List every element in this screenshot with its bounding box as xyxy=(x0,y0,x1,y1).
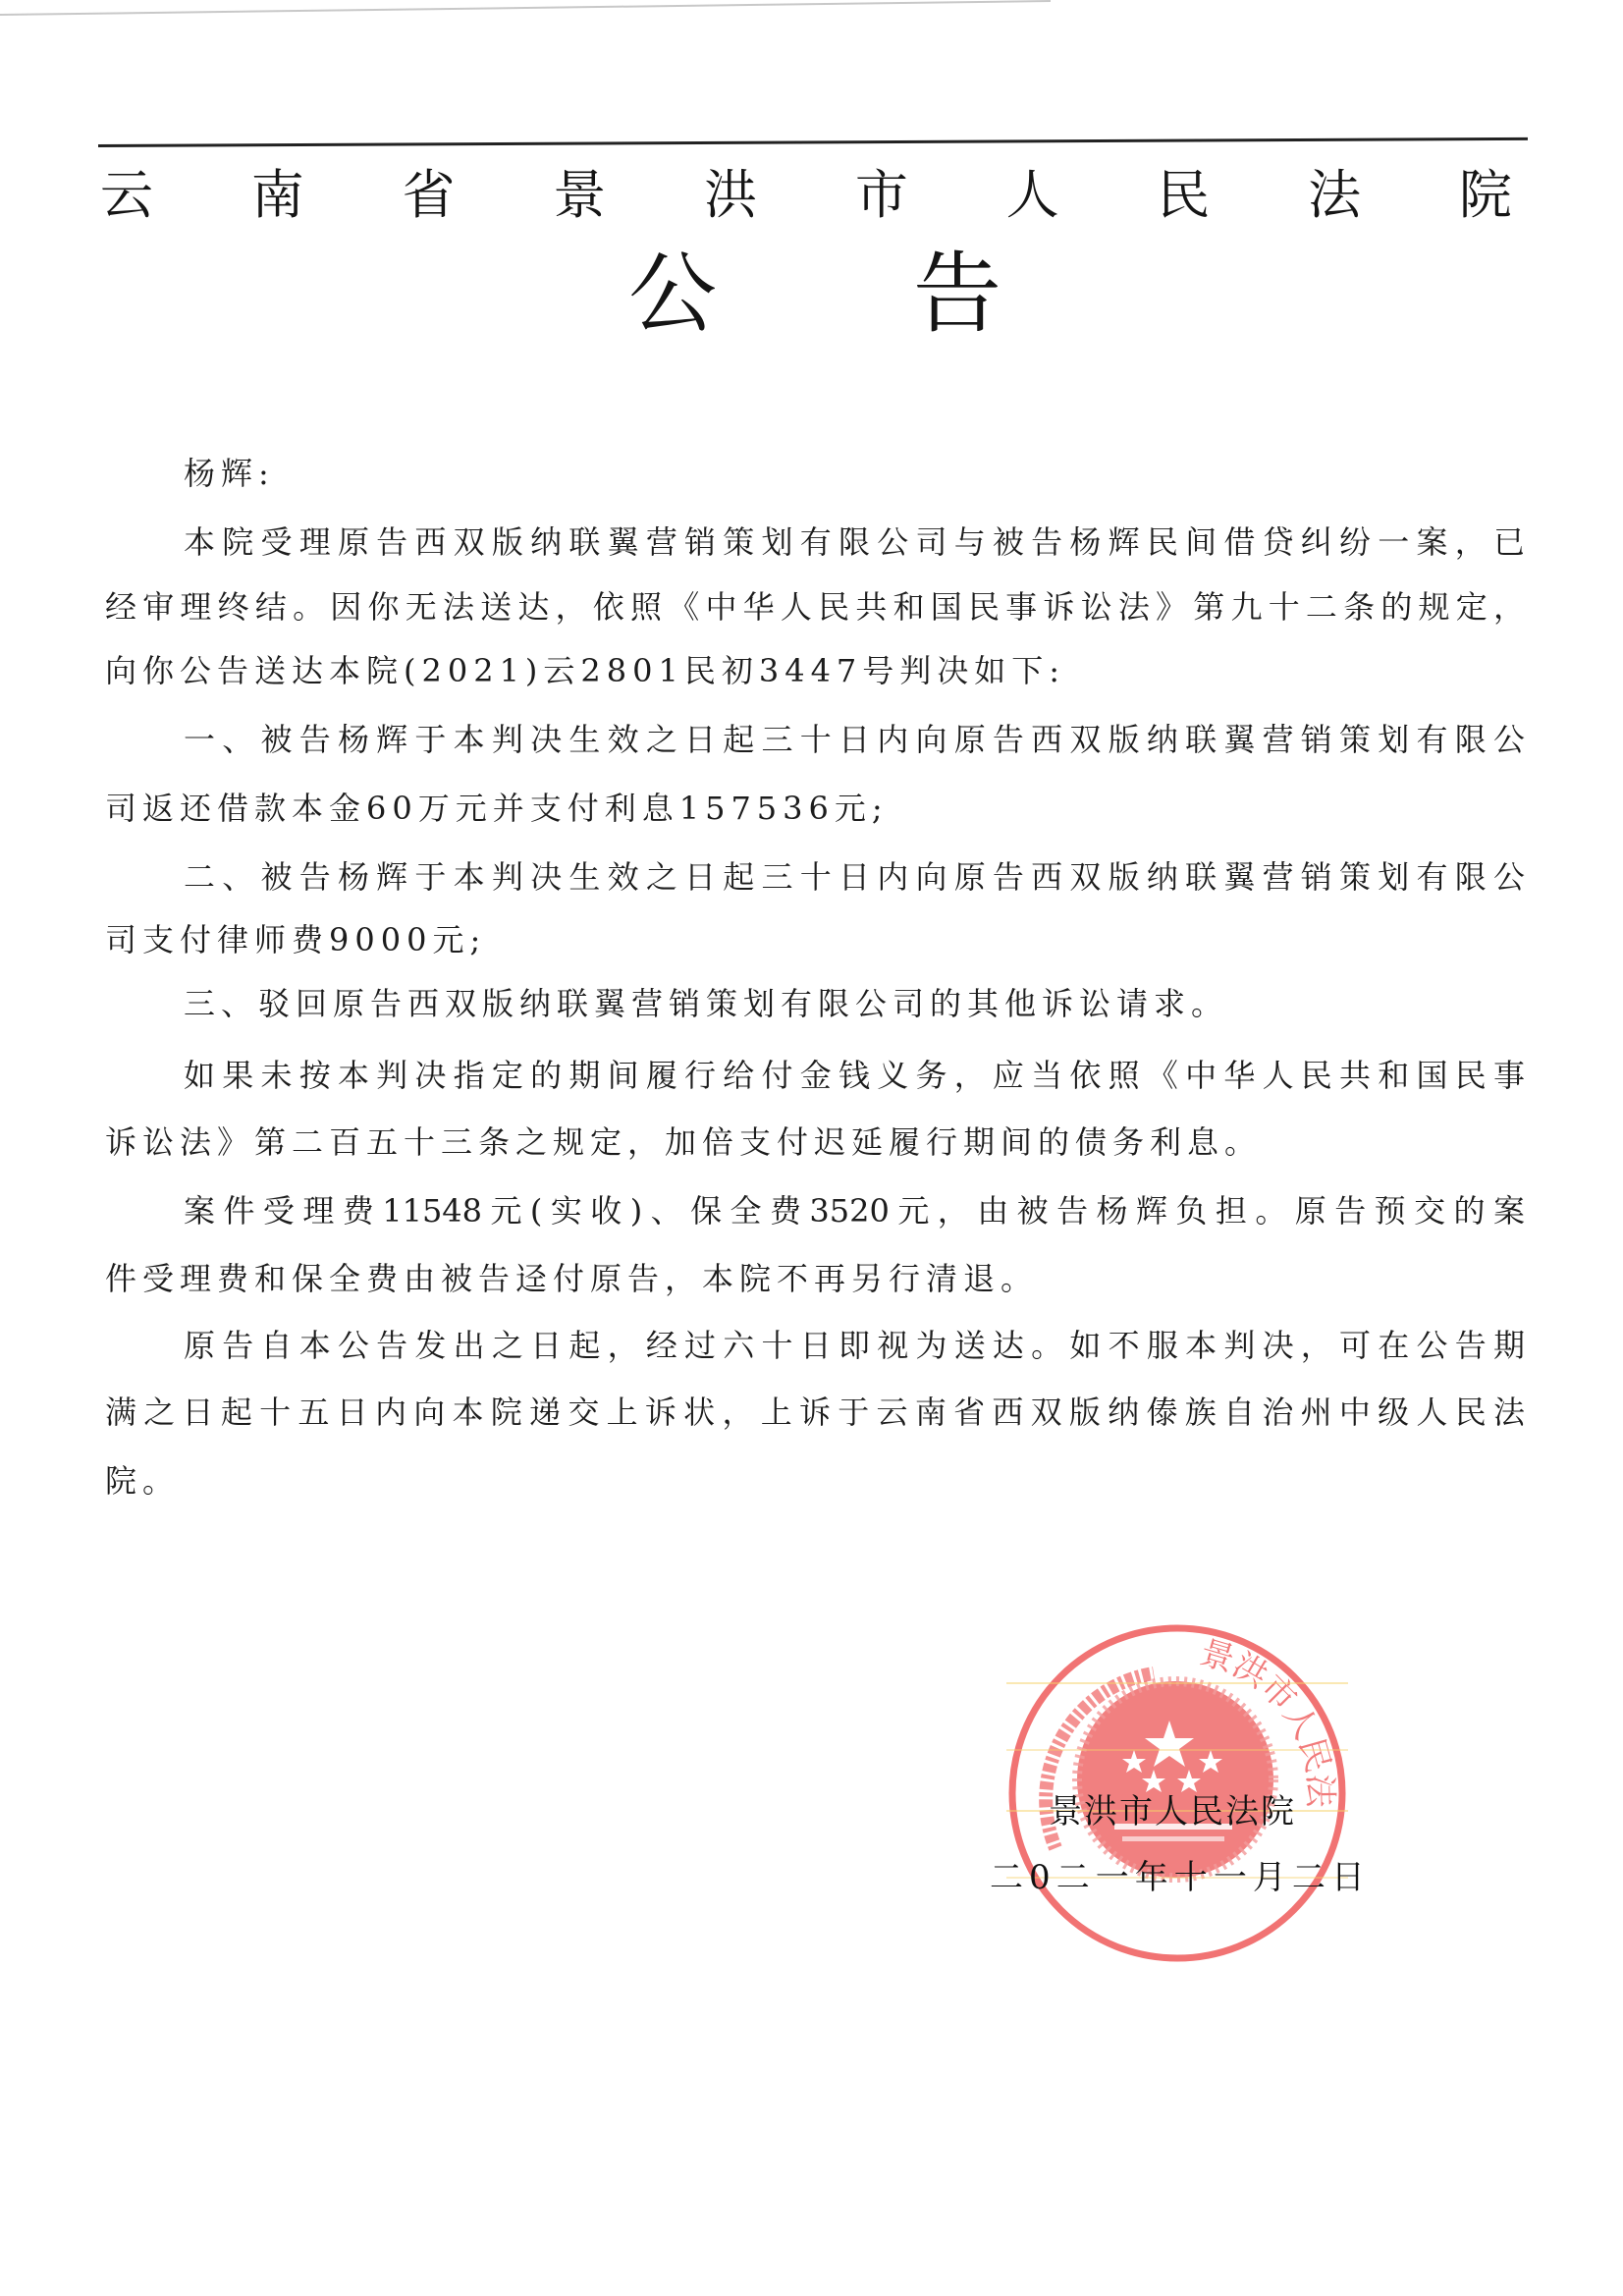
judgment-item-2: 二、被告杨辉于本判决生效之日起三十日内向原告西双版纳联翼营销策划有限公 xyxy=(105,855,1525,899)
signature-court: 景洪市人民法院 xyxy=(1049,1792,1296,1831)
notice-title: 公 告 xyxy=(628,246,1001,344)
court-title-char: 人 xyxy=(1004,165,1061,226)
date-char: 十 xyxy=(1174,1858,1208,1897)
court-title-char: 省 xyxy=(401,165,458,226)
date-char: 二 xyxy=(1056,1858,1090,1897)
body-line: 案件受理费11548元(实收)、保全费3520元，由被告杨辉负担。原告预交的案 xyxy=(105,1189,1525,1232)
court-title-char: 洪 xyxy=(702,165,759,226)
judgment-item-2-cont: 司支付律师费9000元; xyxy=(105,918,1525,961)
court-title-char: 民 xyxy=(1155,165,1212,226)
date-char: 一 xyxy=(1214,1858,1247,1897)
body-line: 诉讼法》第二百五十三条之规定，加倍支付迟延履行期间的债务利息。 xyxy=(105,1121,1525,1164)
date-char: 日 xyxy=(1331,1858,1365,1897)
date-char: 二 xyxy=(1292,1858,1325,1897)
notice-title-char: 公 xyxy=(628,246,717,344)
body-line: 满之日起十五日内向本院递交上诉状，上诉于云南省西双版纳傣族自治州中级人民法 xyxy=(105,1391,1525,1434)
notice-title-char: 告 xyxy=(913,246,1001,344)
date-char: 月 xyxy=(1253,1858,1286,1897)
body-line: 本院受理原告西双版纳联翼营销策划有限公司与被告杨辉民间借贷纠纷一案，已 xyxy=(105,520,1525,564)
body-line: 向你公告送达本院(2021)云2801民初3447号判决如下: xyxy=(105,649,1525,692)
body-line: 院。 xyxy=(105,1459,1525,1503)
date-char: 二 xyxy=(990,1858,1023,1897)
scan-artifact-line xyxy=(0,0,1623,20)
addressee: 杨辉: xyxy=(105,452,1525,495)
judgment-item-1: 一、被告杨辉于本判决生效之日起三十日内向原告西双版纳联翼营销策划有限公 xyxy=(105,718,1525,761)
court-title-char: 市 xyxy=(853,165,910,226)
body-line: 如果未按本判决指定的期间履行给付金钱义务，应当依照《中华人民共和国民事 xyxy=(105,1054,1525,1097)
body-line: 原告自本公告发出之日起，经过六十日即视为送达。如不服本判决，可在公告期 xyxy=(105,1324,1525,1367)
court-title-char: 云 xyxy=(98,165,155,226)
court-title-char: 院 xyxy=(1457,165,1514,226)
body-line: 经审理终结。因你无法送达，依照《中华人民共和国民事诉讼法》第九十二条的规定， xyxy=(105,585,1525,629)
body-line: 件受理费和保全费由被告迳付原告，本院不再另行清退。 xyxy=(105,1257,1525,1300)
court-title-char: 景 xyxy=(551,165,608,226)
header-rule xyxy=(98,137,1528,147)
court-title-char: 南 xyxy=(249,165,306,226)
judgment-item-3: 三、驳回原告西双版纳联翼营销策划有限公司的其他诉讼请求。 xyxy=(105,982,1525,1025)
court-title: 云 南 省 景 洪 市 人 民 法 院 xyxy=(98,165,1514,226)
date-char: 年 xyxy=(1135,1858,1168,1897)
judgment-item-1-cont: 司返还借款本金60万元并支付利息157536元; xyxy=(105,787,1525,830)
court-title-char: 法 xyxy=(1306,165,1363,226)
date-char: 一 xyxy=(1096,1858,1129,1897)
signature-date: 二 0 二 一 年 十 一 月 二 日 xyxy=(990,1858,1365,1897)
date-char: 0 xyxy=(1029,1858,1051,1897)
